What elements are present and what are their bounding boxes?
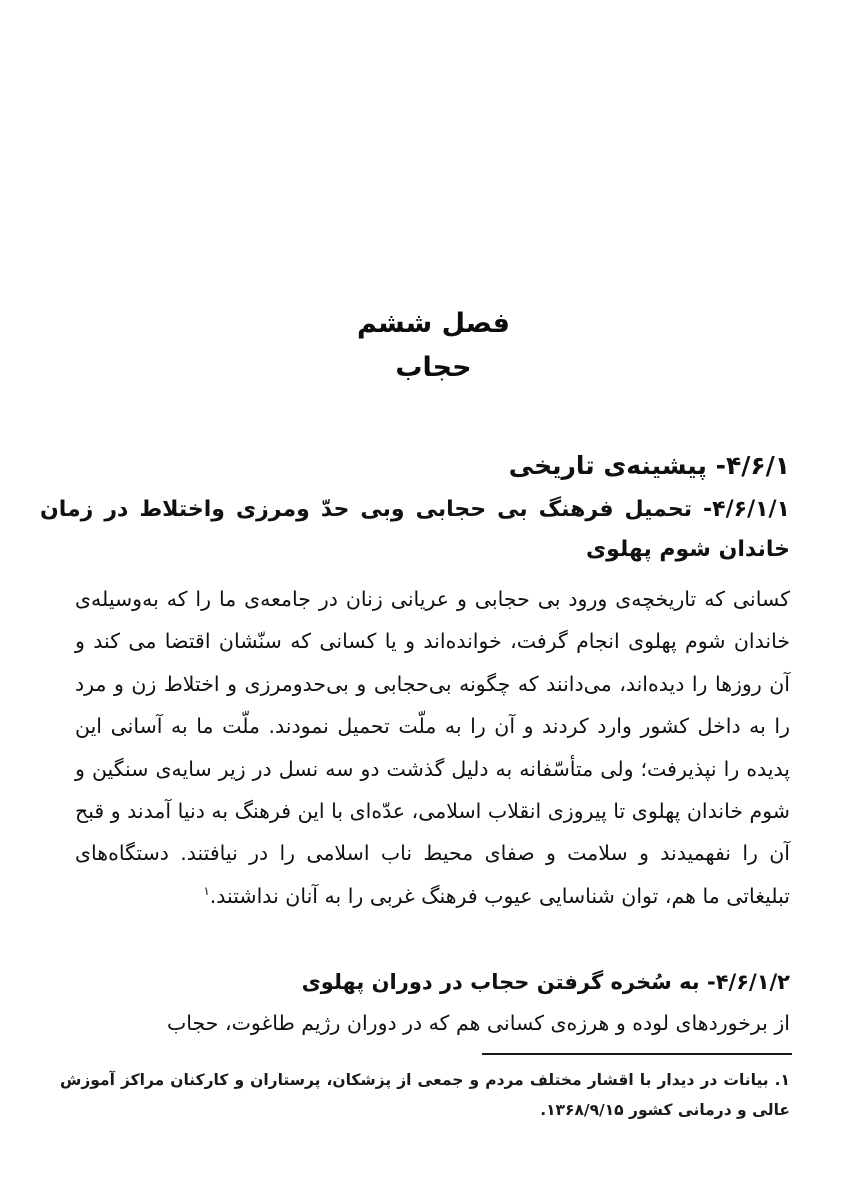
- book-page: فصل ششم حجاب ۴/۶/۱- پیشینه‌ی تاریخی ۴/۶/…: [0, 0, 867, 1200]
- section-heading: ۴/۶/۱- پیشینه‌ی تاریخی: [70, 444, 790, 488]
- body-paragraph-2: از برخوردهای لوده و هرزه‌ی کسانی هم که د…: [75, 1003, 790, 1043]
- chapter-number: فصل ششم: [0, 302, 867, 346]
- body-paragraph-1: کسانی که تاریخچه‌ی ورود بی حجابی و عریان…: [75, 578, 790, 917]
- chapter-title: حجاب: [0, 346, 867, 390]
- footnote-1: ۱. بیانات در دیدار با اقشار مختلف مردم و…: [60, 1065, 790, 1125]
- subsection-heading-2: ۴/۶/۱/۲- به سُخره گرفتن حجاب در دوران په…: [70, 962, 790, 1002]
- paragraph-text: کسانی که تاریخچه‌ی ورود بی حجابی و عریان…: [75, 587, 790, 908]
- footnote-divider: [482, 1053, 792, 1055]
- subsection-heading-1: ۴/۶/۱/۱- تحمیل فرهنگ بی حجابی وبی حدّ وم…: [40, 490, 790, 570]
